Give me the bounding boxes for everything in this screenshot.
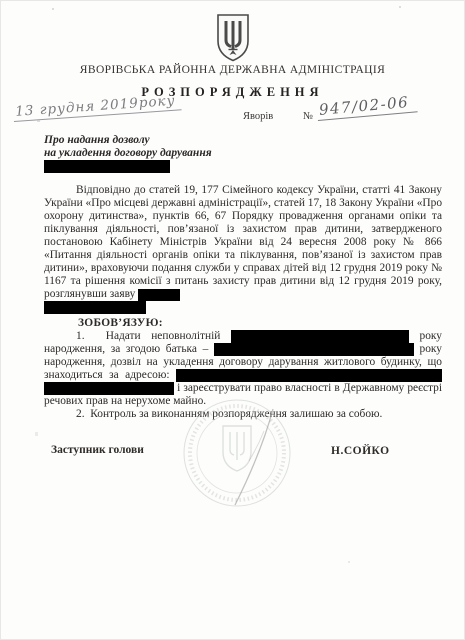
redaction-bar: [214, 343, 414, 356]
redaction-bar: [44, 160, 170, 173]
scanned-decree-document: ЯВОРІВСЬКА РАЙОННА ДЕРЖАВНА АДМІНІСТРАЦІ…: [0, 0, 465, 640]
order-heading: ЗОБОВ’ЯЗУЮ:: [78, 317, 442, 330]
scan-noise-speck: [348, 561, 350, 563]
redaction-bar: [44, 301, 146, 314]
scan-noise-speck: [52, 8, 54, 10]
ukraine-trident-emblem-icon: [214, 13, 252, 63]
redaction-bar: [138, 289, 180, 301]
scan-noise-speck: [37, 120, 40, 122]
signer-name: Н.СОЙКО: [331, 445, 390, 457]
place-name: Яворів: [243, 111, 273, 122]
subject-line-2: на укладення договору дарування: [44, 147, 212, 160]
redaction-bar: [231, 330, 409, 343]
organization-name: ЯВОРІВСЬКА РАЙОННА ДЕРЖАВНА АДМІНІСТРАЦІ…: [1, 64, 464, 76]
subject-block: Про надання дозволу на укладення договор…: [44, 134, 212, 160]
redaction-bar: [176, 369, 442, 382]
scan-noise-speck: [35, 432, 38, 436]
body-text-column: Відповідно до статей 19, 177 Сімейного к…: [44, 184, 442, 421]
redaction-bar: [44, 382, 174, 395]
intro-paragraph: Відповідно до статей 19, 177 Сімейного к…: [44, 184, 442, 314]
signer-position-title: Заступник голови: [51, 444, 144, 456]
pen-signature-stroke: [217, 399, 297, 514]
scan-noise-speck: [399, 6, 401, 8]
subject-line-1: Про надання дозволу: [44, 134, 212, 147]
number-sign-label: №: [303, 111, 313, 122]
